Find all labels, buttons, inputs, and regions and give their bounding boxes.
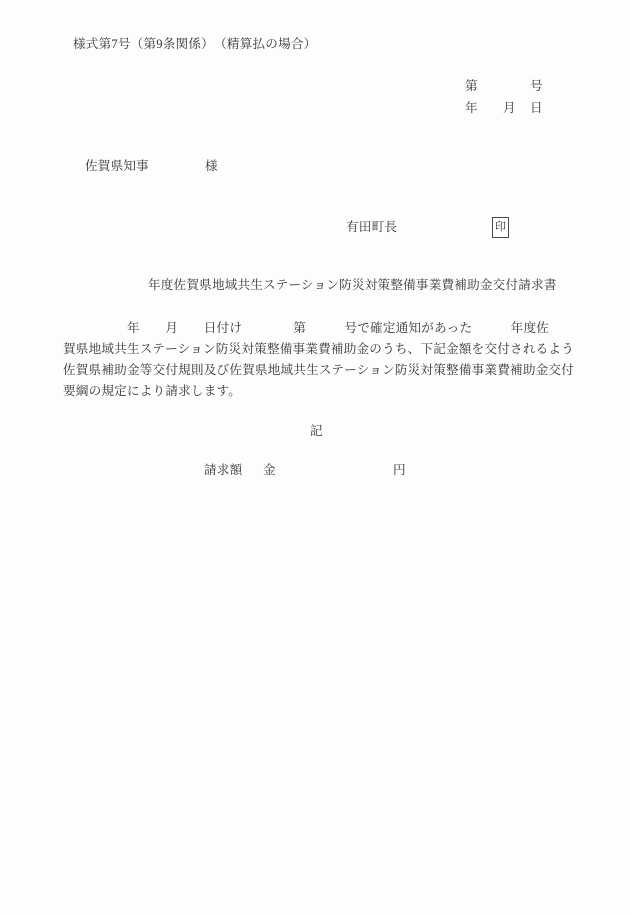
date-year-label: 年: [465, 101, 478, 116]
notation-ki: 記: [310, 424, 323, 439]
claim-currency-suffix: 円: [393, 463, 406, 478]
sender-title: 有田町長: [346, 220, 397, 235]
document-page: 様式第7号（第9条関係） （精算払の場合） 第 号 年 月 日 佐賀県知事 様 …: [0, 0, 630, 915]
body-line: 賀県地域共生ステーション防災対策整備事業費補助金のうち、下記金額を交付されるよう: [63, 342, 574, 357]
body-line: 佐賀県補助金等交付規則及び佐賀県地域共生ステーション防災対策整備事業費補助金交付: [63, 363, 574, 378]
claim-amount-label: 請求額: [204, 463, 242, 478]
claim-currency-prefix: 金: [263, 463, 276, 478]
body-line: 要綱の規定により請求します。: [63, 384, 241, 399]
addressee-name: 佐賀県知事: [85, 159, 149, 174]
doc-number-prefix: 第: [465, 79, 478, 94]
body-line: 年 月 日付け 第 号で確定通知があった 年度佐: [63, 321, 549, 336]
seal-mark: 印: [492, 217, 509, 238]
date-day-label: 日: [530, 101, 543, 116]
doc-number-suffix: 号: [530, 79, 543, 94]
form-number-label: 様式第7号（第9条関係） （精算払の場合）: [73, 37, 316, 52]
date-month-label: 月: [503, 101, 516, 116]
document-title: 年度佐賀県地域共生ステーション防災対策整備事業費補助金交付請求書: [148, 278, 557, 293]
addressee-honorific: 様: [205, 159, 218, 174]
